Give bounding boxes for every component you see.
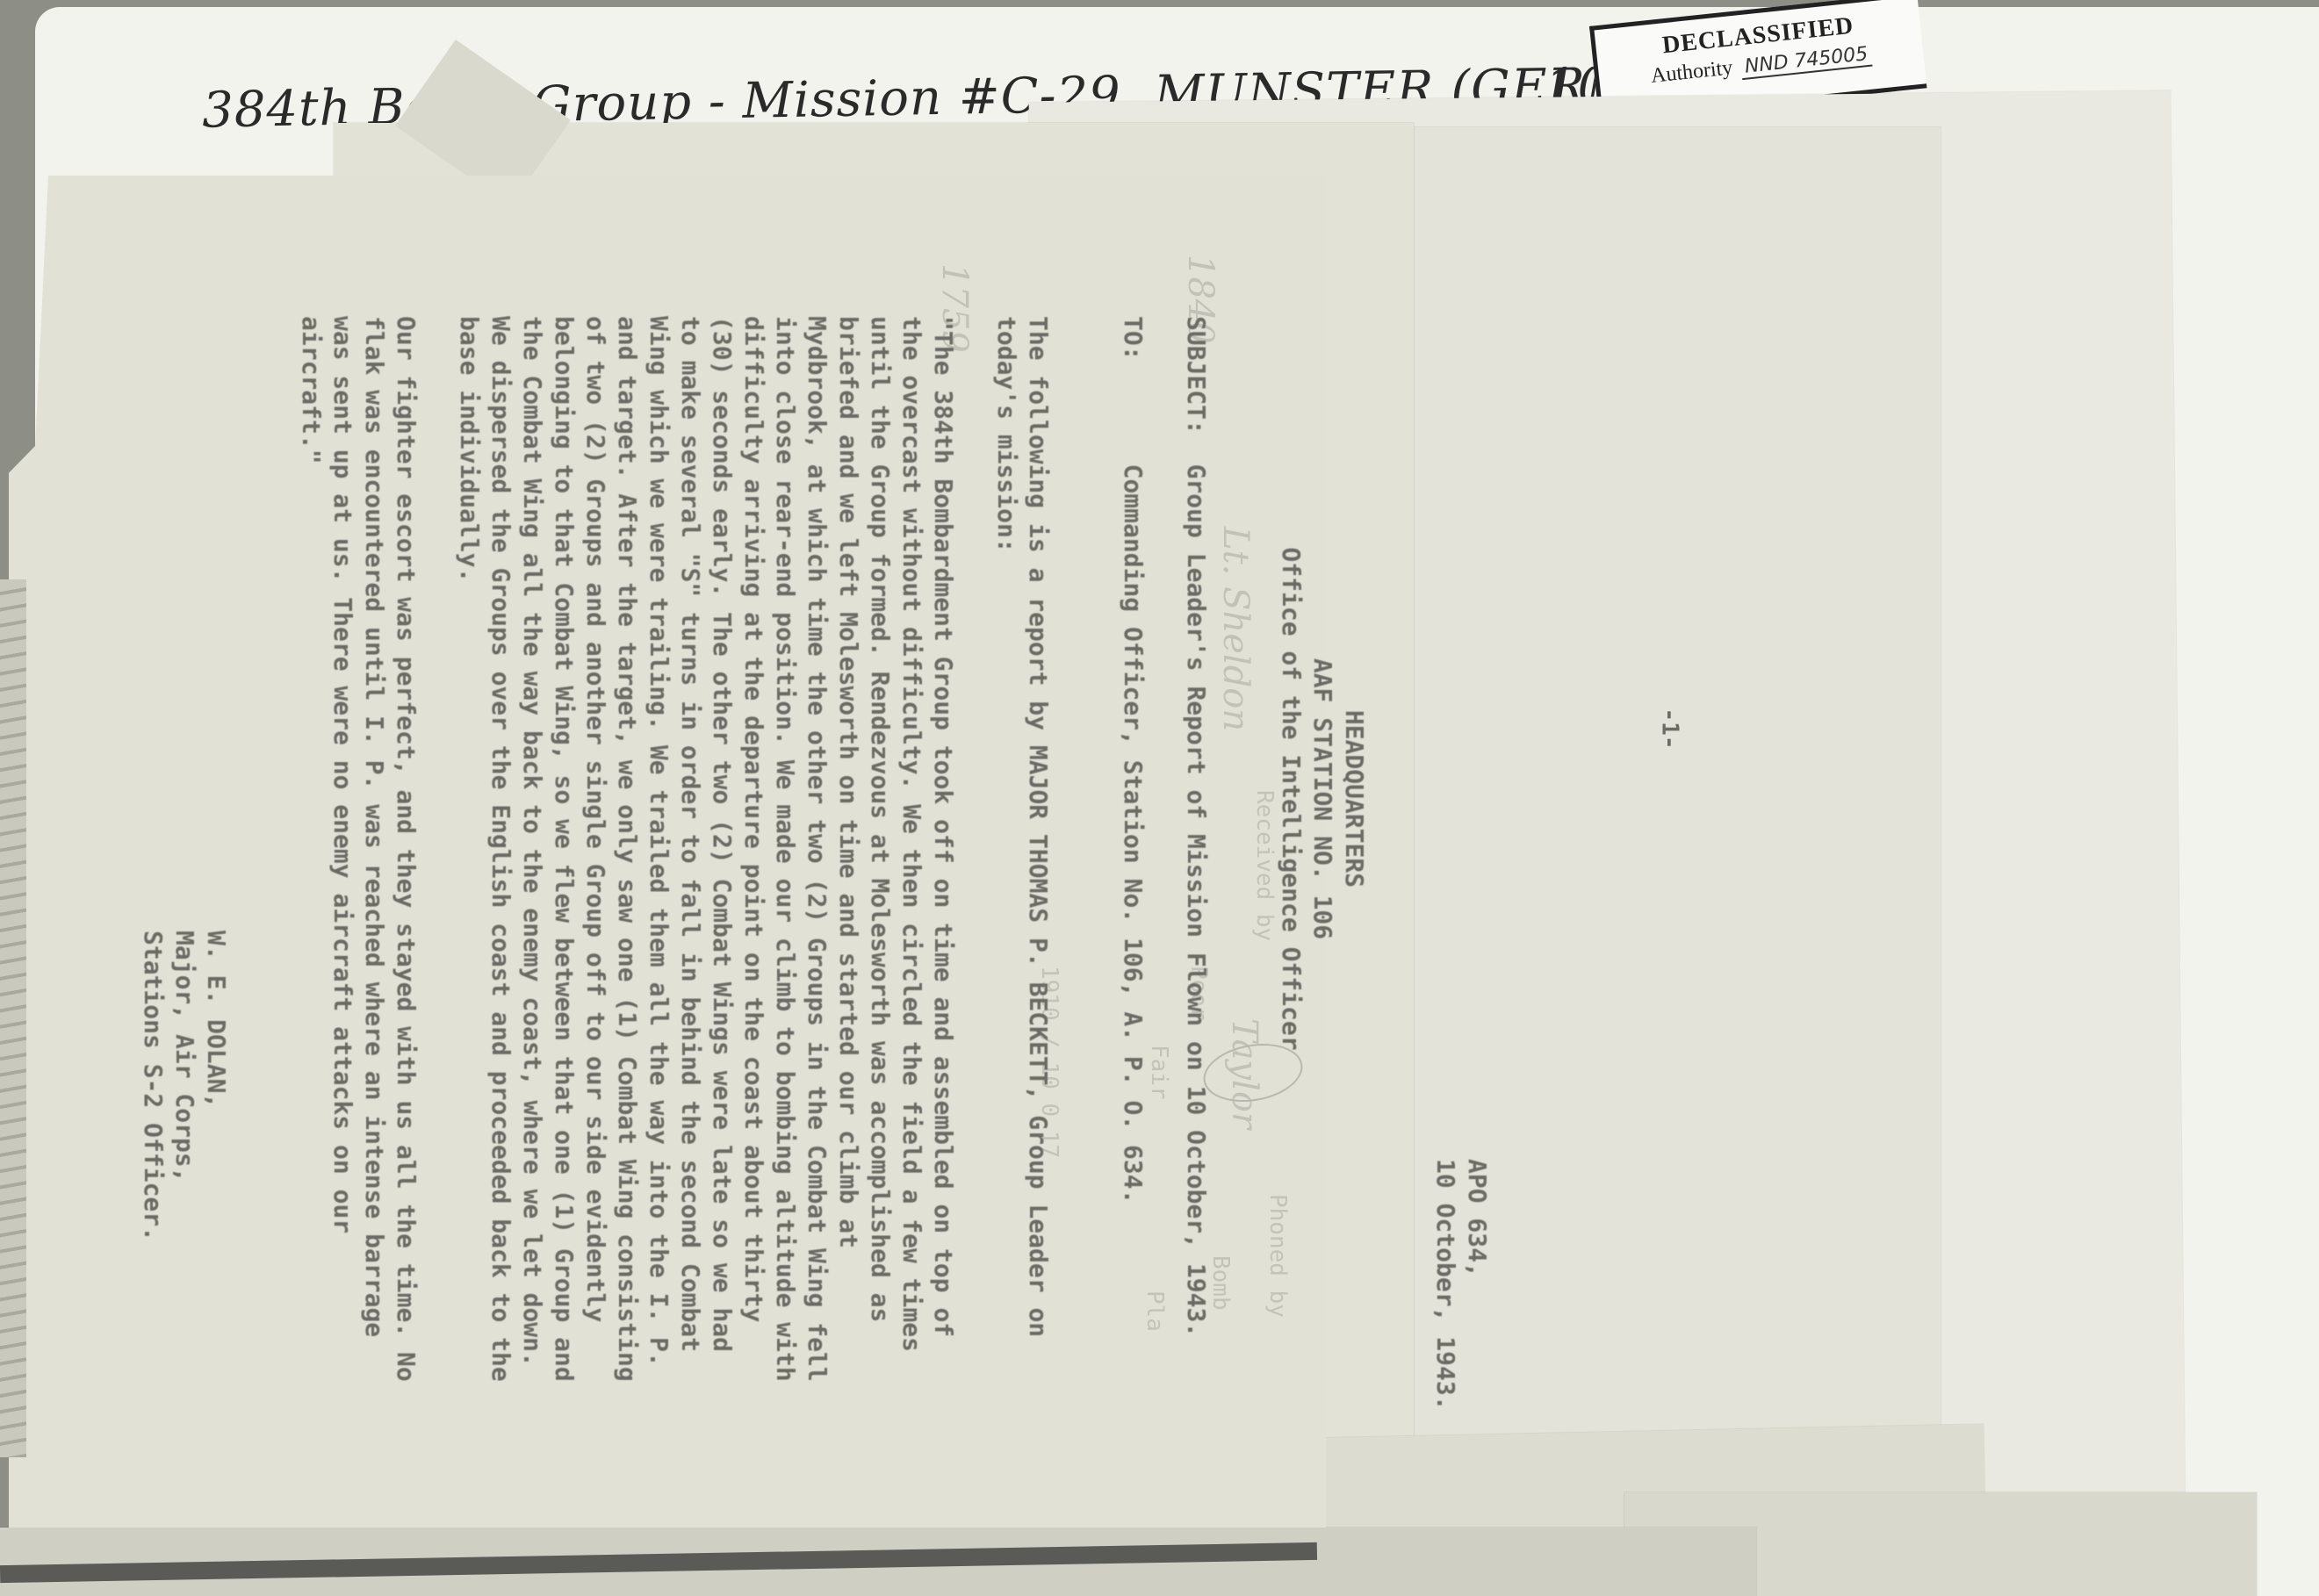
memo-body-paragraph: Our fighter escort was perfect, and they… [295, 316, 421, 1387]
memo-header-line: AAF STATION NO. 106 [1307, 140, 1338, 1457]
memo-to: Commanding Officer, Station No. 106, A. … [1119, 464, 1148, 1204]
memo-date: 10 October, 1943. [1430, 1159, 1461, 1411]
memo-content: HEADQUARTERS AAF STATION NO. 106 Office … [211, 316, 1370, 1457]
memo-subject: Group Leader's Report of Mission Flown o… [1182, 464, 1211, 1338]
memo-signature-block: W. E. DOLAN, Major, Air Corps, Stations … [137, 931, 232, 1457]
memo-signature-line: Major, Air Corps, [169, 931, 200, 1457]
memo-apo-date: APO 634, 10 October, 1943. [1430, 1159, 1493, 1411]
memo-body-paragraph: "The 384th Bombardment Group took off on… [453, 316, 959, 1387]
page-number: -1- [1656, 708, 1682, 750]
memo-signature-line: W. E. DOLAN, [200, 931, 232, 1457]
memo-header-line: HEADQUARTERS [1338, 140, 1370, 1457]
memo-header: HEADQUARTERS AAF STATION NO. 106 Office … [1275, 140, 1370, 1457]
stamp-authority-label: Authority [1650, 56, 1734, 88]
memo-subject-line: SUBJECT: Group Leader's Report of Missio… [1180, 316, 1212, 1457]
memo-header-line: Office of the Intelligence Officer [1275, 140, 1307, 1457]
memo-intro: The following is a report by MAJOR THOMA… [990, 316, 1054, 1387]
memo-to-label: TO: [1119, 316, 1148, 361]
memo-subject-label: SUBJECT: [1182, 316, 1211, 435]
memo-torn-edge [0, 579, 26, 1457]
memo-to-line: TO: Commanding Officer, Station No. 106,… [1117, 316, 1149, 1457]
memo-apo: APO 634, [1461, 1159, 1493, 1411]
memo-signature-line: Stations S-2 Officer. [137, 931, 169, 1457]
